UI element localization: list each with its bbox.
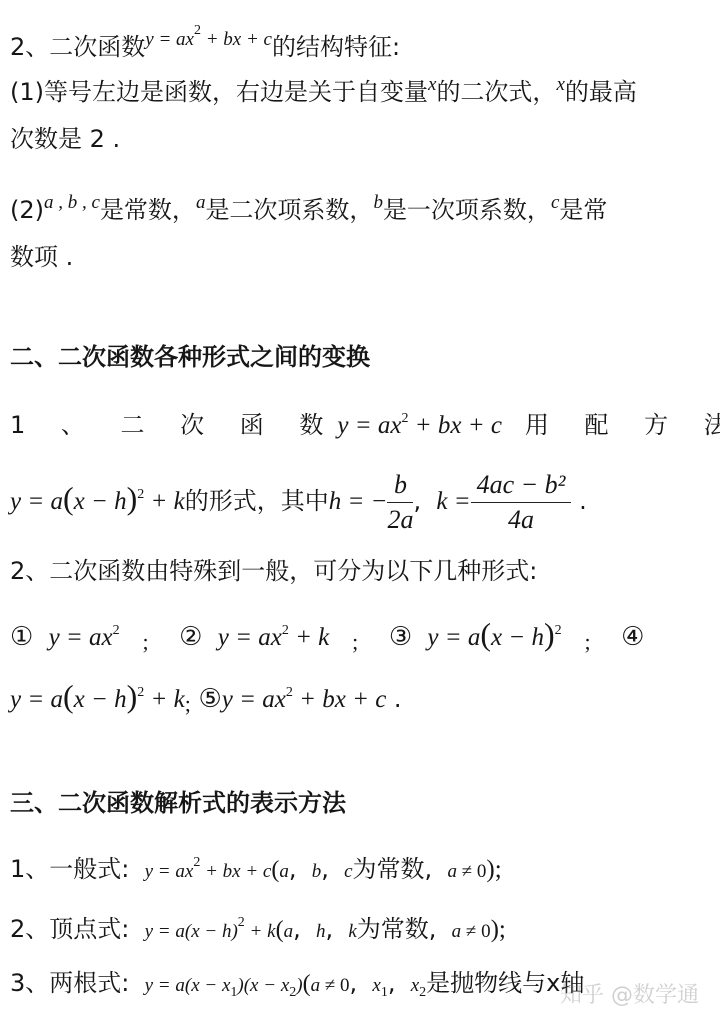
vertex-form-formula: y = a(x − h)2 + k — [10, 488, 185, 515]
numerator: b — [387, 468, 413, 503]
text: (2) — [10, 196, 44, 224]
text: 数项 . — [10, 243, 73, 271]
k-fraction: 4ac − b²4a — [471, 468, 572, 537]
forms-line-2: y = a(x − h)2 + k; ⑤y = ax2 + bx + c . — [10, 676, 402, 721]
h-fraction: b2a — [387, 468, 413, 537]
vertex-form-item: 2、顶点式: y = a(x − h)2 + k(a, h, k为常数, a ≠… — [10, 906, 506, 949]
text: 1 、 二 次 函 数 — [10, 411, 337, 439]
var-abc: a , b , c — [44, 192, 100, 213]
paragraph-1-cont: 次数是 2 . — [10, 122, 120, 156]
forms-line-1: ① y = ax2 ; ② y = ax2 + k ; ③ y = a(x − … — [10, 614, 644, 659]
denominator: 2a — [387, 503, 413, 537]
text: 是常数， — [100, 196, 196, 224]
text: 次数是 2 . — [10, 125, 120, 153]
item-1-completing-square: 1 、 二 次 函 数y = ax2 + bx + c 用 配 方 法 可 化 … — [10, 402, 720, 443]
text: 2、二次函数 — [10, 33, 145, 61]
label: 3、两根式: — [10, 969, 129, 997]
section-3-title: 三、二次函数解析式的表示方法 — [10, 786, 346, 820]
marker-3: ③ — [389, 622, 412, 652]
text: 是二次项系数， — [205, 196, 373, 224]
paragraph-2: (2)a , b , c是常数，a是二次项系数，b是一次项系数，c是常 — [10, 186, 607, 227]
var-a: a — [196, 192, 206, 213]
marker-2: ② — [179, 622, 202, 652]
general-form-formula: y = ax2 + bx + c — [145, 29, 272, 50]
two-root-form-item: 3、两根式: y = a(x − x1)(x − x2)(a ≠ 0, x1, … — [10, 966, 584, 1010]
form-5: y = ax2 + bx + c — [222, 686, 387, 713]
item-2-forms-heading: 2、二次函数由特殊到一般，可分为以下几种形式: — [10, 554, 537, 588]
h-label: h = − — [329, 488, 388, 515]
text: 是一次项系数， — [383, 196, 551, 224]
form-4: y = a(x − h)2 + k — [10, 686, 185, 713]
text: 的最高 — [565, 78, 637, 106]
k-label: k = — [436, 488, 470, 515]
marker-4: ④ — [621, 622, 644, 652]
form-3: y = a(x − h)2 — [427, 624, 561, 651]
label: 1、一般式: — [10, 855, 129, 883]
paragraph-2-cont: 数项 . — [10, 240, 73, 274]
var-x: x — [556, 74, 564, 95]
form-2: y = ax2 + k — [218, 624, 330, 651]
var-b: b — [373, 192, 383, 213]
label: 2、顶点式: — [10, 915, 129, 943]
formula: y = a(x − h)2 + k — [145, 921, 276, 942]
marker-5: ⑤ — [198, 684, 221, 714]
text: (1)等号左边是函数，右边是关于自变量 — [10, 78, 428, 106]
numerator: 4ac − b² — [471, 468, 572, 503]
item-2-structure-heading: 2、二次函数y = ax2 + bx + c的结构特征: — [10, 14, 400, 64]
paragraph-1: (1)等号左边是函数，右边是关于自变量x的二次式，x的最高 — [10, 68, 637, 109]
formula: y = a(x − x1)(x − x2) — [145, 975, 303, 996]
general-form-item: 1、一般式: y = ax2 + bx + c(a, b, c为常数, a ≠ … — [10, 846, 502, 889]
section-2-title: 二、二次函数各种形式之间的变换 — [10, 340, 370, 374]
watermark: 知乎 @数学通 — [560, 978, 699, 1009]
vertex-form-line: y = a(x − h)2 + k的形式，其中h = −b2a, k =4ac … — [10, 460, 587, 537]
marker-1: ① — [10, 622, 33, 652]
text: 用 配 方 法 可 化 成 : — [525, 411, 720, 439]
text: 的结构特征: — [272, 33, 400, 61]
text: 的形式，其中 — [185, 487, 329, 515]
denominator: 4a — [471, 503, 572, 537]
general-form-formula: y = ax2 + bx + c — [337, 412, 502, 439]
text: 的二次式， — [436, 78, 556, 106]
formula: y = ax2 + bx + c — [145, 861, 272, 882]
form-1: y = ax2 — [49, 624, 120, 651]
text: 是常 — [559, 196, 607, 224]
